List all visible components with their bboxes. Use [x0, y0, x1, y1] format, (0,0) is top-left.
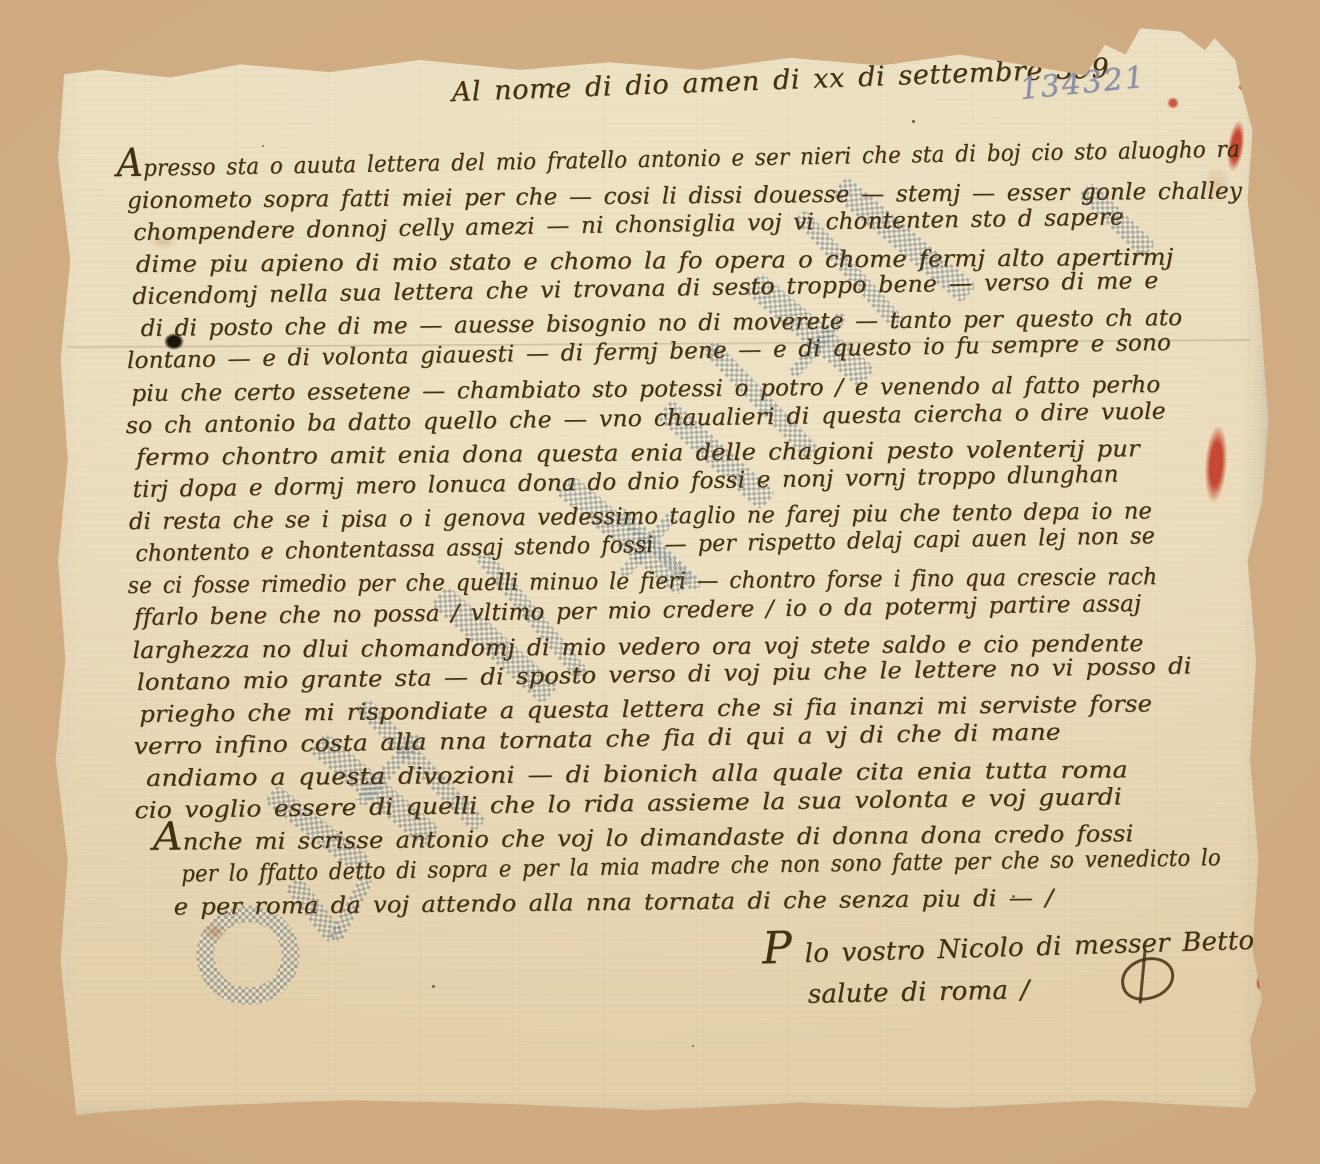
- manuscript-line: so ch antonio ba datto quello che — vno …: [126, 401, 1166, 439]
- handwriting-layer: Al nome di dio amen di xx di settembre 3…: [51, 11, 1284, 1121]
- manuscript-line: e per roma da voj attendo alla nna torna…: [174, 887, 1054, 919]
- signature-paraph-icon: [1117, 952, 1179, 1005]
- manuscript-line: Apresso sta o auuta lettera del mio frat…: [116, 139, 1240, 182]
- signature-place: salute di roma /: [808, 977, 1030, 1008]
- archival-number: 134321: [1018, 60, 1147, 107]
- manuscript-line: gionometo sopra fatti miei per che — cos…: [127, 180, 1307, 213]
- manuscript-paper: Al nome di dio amen di xx di settembre 3…: [52, 25, 1272, 1120]
- manuscript-line: cio voglio essere di quelli che lo rida …: [134, 786, 1122, 823]
- manuscript-photo: { "colors":{ "background":"#cfaa80", "pa…: [0, 0, 1320, 1164]
- stain: [1232, 30, 1248, 40]
- manuscript-line: verro infino costa alla nna tornata che …: [134, 721, 1061, 759]
- manuscript-line: ffarlo bene che no possa / vltimo per mi…: [134, 593, 1141, 630]
- dateline: Al nome di dio amen di xx di settembre 3…: [451, 55, 1110, 106]
- signature-line: P lo vostro Nicolo di messer Betto: [762, 928, 1255, 969]
- letter-body: Apresso sta o auuta lettera del mio frat…: [51, 11, 1271, 26]
